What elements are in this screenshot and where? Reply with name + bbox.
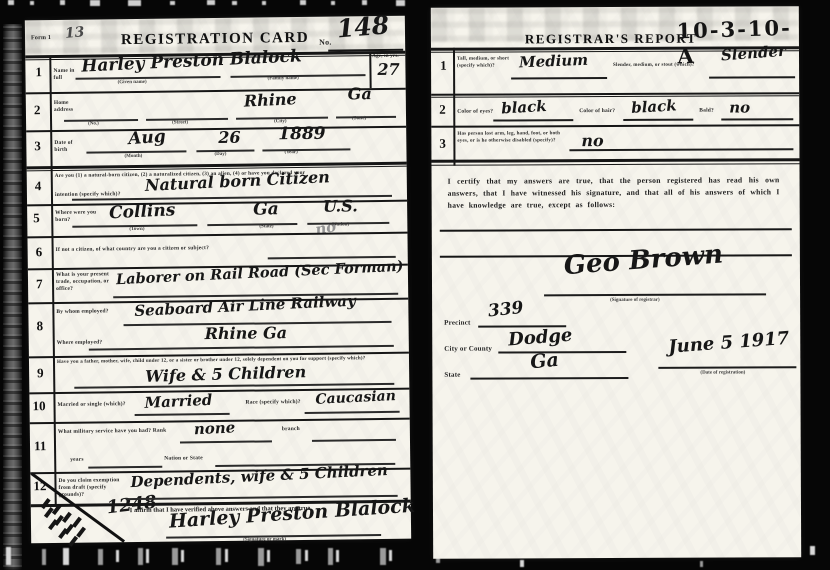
baseline <box>470 377 628 380</box>
baseline <box>262 148 350 151</box>
cancellation-dash <box>76 527 86 538</box>
eyes-label: Color of eyes? <box>457 109 493 116</box>
baseline <box>569 148 793 151</box>
film-mark <box>225 549 228 562</box>
born-nation-answer: U.S. <box>323 196 358 215</box>
baseline <box>76 76 221 79</box>
home-address-label: Home address <box>54 100 82 115</box>
home-city-answer: Rhine <box>243 89 297 110</box>
rule <box>431 163 799 166</box>
employed-where-label: Where employed? <box>57 339 103 347</box>
film-mark <box>181 550 184 562</box>
film-mark <box>305 550 308 561</box>
name-answer: Harley Preston Blalock <box>81 46 302 76</box>
rule <box>26 126 406 133</box>
serial-no-label: No. <box>319 38 332 49</box>
no-sublabel: (No.) <box>88 121 99 126</box>
disability-question: Has person lost arm, leg, hand, foot, or… <box>457 131 565 144</box>
baseline <box>493 119 573 121</box>
film-mark <box>520 560 524 567</box>
baseline <box>89 345 394 350</box>
cancellation-dash <box>68 536 78 547</box>
baseline <box>478 325 566 327</box>
year-sublabel: (Year) <box>284 150 297 155</box>
rule <box>440 228 792 231</box>
row8-number: 8 <box>36 318 43 334</box>
film-mark <box>810 546 815 555</box>
military-nation-label: Nation or State <box>164 455 203 463</box>
row3-number: 3 <box>34 138 41 154</box>
employer-location-answer: Rhine Ga <box>205 323 288 343</box>
film-mark <box>116 550 119 562</box>
dependents-answer: Wife & 5 Children <box>145 362 307 386</box>
baseline <box>658 366 796 369</box>
row2-number: 2 <box>34 102 41 118</box>
row4-number: 4 <box>35 178 42 194</box>
row1-number: 1 <box>35 64 42 80</box>
film-mark <box>146 549 149 563</box>
film-mark <box>6 547 11 565</box>
military-years-label: years <box>70 457 84 464</box>
baseline <box>498 351 626 354</box>
eyes-answer: black <box>501 97 547 118</box>
registration-card: Form 1 13 REGISTRATION CARD No. 148 1 Na… <box>25 16 411 544</box>
bald-label: Bald? <box>699 108 714 115</box>
street-sublabel: (Street) <box>172 120 188 125</box>
employed-by-label: By whom employed? <box>56 308 108 316</box>
born-label: Where were you born? <box>55 209 97 224</box>
alien-question: If not a citizen, of what country are yo… <box>56 245 209 254</box>
baseline <box>64 119 138 121</box>
certification-text: I certify that my answers are true, that… <box>448 174 780 211</box>
film-mark <box>300 0 306 5</box>
day-sublabel: (Day) <box>214 152 226 157</box>
trade-answer: Laborer on Rail Road (Sec Forman) <box>116 258 404 289</box>
film-mark <box>8 0 14 5</box>
film-mark <box>63 548 69 565</box>
baseline <box>544 293 766 296</box>
dob-day-answer: 26 <box>218 128 240 147</box>
married-label: Married or single (which)? <box>57 401 125 409</box>
born-state-sublabel: (State) <box>259 224 273 229</box>
rr-row2-number: 2 <box>439 102 446 118</box>
disability-answer: no <box>581 131 603 150</box>
rule <box>431 95 799 98</box>
baseline <box>207 223 297 226</box>
baseline <box>135 413 230 416</box>
film-edge-strip <box>3 24 22 570</box>
build-label: Slender, medium, or stout (which)? <box>613 63 709 70</box>
height-label: Tall, medium, or short (specify which)? <box>457 56 513 69</box>
registration-date-answer: June 5 1917 <box>668 328 791 358</box>
paper-mottle-texture <box>431 6 801 559</box>
trade-question: What is your present trade, occupation, … <box>56 271 114 293</box>
state-label: State <box>444 371 460 380</box>
film-mark <box>128 0 141 6</box>
rr-row3-number: 3 <box>439 136 446 152</box>
row11-number: 11 <box>34 438 46 454</box>
baseline <box>88 466 162 468</box>
row1-name-label: Name in full <box>53 68 79 83</box>
film-mark <box>170 1 175 5</box>
precinct-label: Precinct <box>444 319 470 328</box>
film-mark <box>328 548 333 565</box>
baseline <box>721 118 793 120</box>
bald-answer: no <box>729 98 750 116</box>
hair-label: Color of hair? <box>579 108 615 115</box>
microfilm-scan: Form 1 13 REGISTRATION CARD No. 148 1 Na… <box>0 0 830 570</box>
pencil-note: no <box>314 217 338 239</box>
film-mark <box>262 1 266 5</box>
film-mark <box>396 0 405 6</box>
film-mark <box>336 550 339 562</box>
film-mark <box>389 550 392 561</box>
race-label: Race (specify which)? <box>245 399 300 407</box>
height-answer: Medium <box>519 51 589 72</box>
signature-or-mark-sublabel: (Signature or mark) <box>243 537 286 543</box>
rule <box>453 48 456 166</box>
race-answer: Caucasian <box>315 388 396 408</box>
film-mark <box>172 548 178 565</box>
film-mark <box>90 0 100 6</box>
military-service-label: What military service have you had? Rank <box>58 428 167 436</box>
film-mark <box>232 1 237 5</box>
baseline <box>305 411 400 414</box>
film-mark <box>380 548 386 565</box>
film-mark <box>98 549 103 565</box>
film-mark <box>296 549 301 564</box>
military-branch-label: branch <box>282 426 300 433</box>
registrars-report-card: REGISTRAR'S REPORT 10-3-10-A 1 Tall, med… <box>431 6 801 559</box>
town-sublabel: (Town) <box>129 227 144 232</box>
film-mark <box>331 1 335 5</box>
home-state-answer: Ga <box>348 84 372 103</box>
film-mark <box>30 1 34 5</box>
given-name-sublabel: (Given name) <box>118 80 147 85</box>
registrar-signature: Geo Brown <box>563 239 724 281</box>
row7-number: 7 <box>36 276 43 292</box>
row5-number: 5 <box>33 210 40 226</box>
dob-label: Date of birth <box>54 140 84 155</box>
baseline <box>312 439 396 442</box>
city-or-county-answer: Dodge <box>507 325 573 351</box>
baseline <box>623 119 693 121</box>
married-answer: Married <box>144 391 213 412</box>
film-mark <box>362 0 367 5</box>
film-mark <box>42 549 46 565</box>
precinct-answer: 339 <box>487 298 524 322</box>
film-mark <box>700 561 703 567</box>
form-number-label: Form 1 <box>31 35 51 43</box>
baseline <box>511 77 607 79</box>
age-answer: 27 <box>377 60 399 79</box>
cancellation-dash <box>72 517 82 528</box>
film-mark <box>138 548 143 565</box>
baseline <box>180 440 272 443</box>
rule <box>27 232 407 239</box>
film-mark <box>207 0 215 5</box>
month-sublabel: (Month) <box>124 154 142 159</box>
rule <box>431 158 799 163</box>
row6-number: 6 <box>36 244 43 260</box>
registration-date-sublabel: (Date of registration) <box>700 370 745 375</box>
hair-answer: black <box>631 96 677 117</box>
baseline <box>86 150 186 153</box>
rule <box>369 52 371 88</box>
baseline <box>709 76 795 78</box>
row10-number: 10 <box>32 398 45 414</box>
film-mark <box>60 0 65 5</box>
city-or-county-label: City or County <box>444 345 492 354</box>
row9-number: 9 <box>37 365 44 381</box>
film-mark <box>216 548 221 565</box>
rr-row1-number: 1 <box>440 58 447 74</box>
film-mark <box>267 550 270 562</box>
registrar-signature-sublabel: (Signature of registrar) <box>610 298 660 303</box>
rule <box>431 124 799 127</box>
handwritten-serial-number: 148 <box>336 10 390 43</box>
film-mark <box>258 548 264 566</box>
